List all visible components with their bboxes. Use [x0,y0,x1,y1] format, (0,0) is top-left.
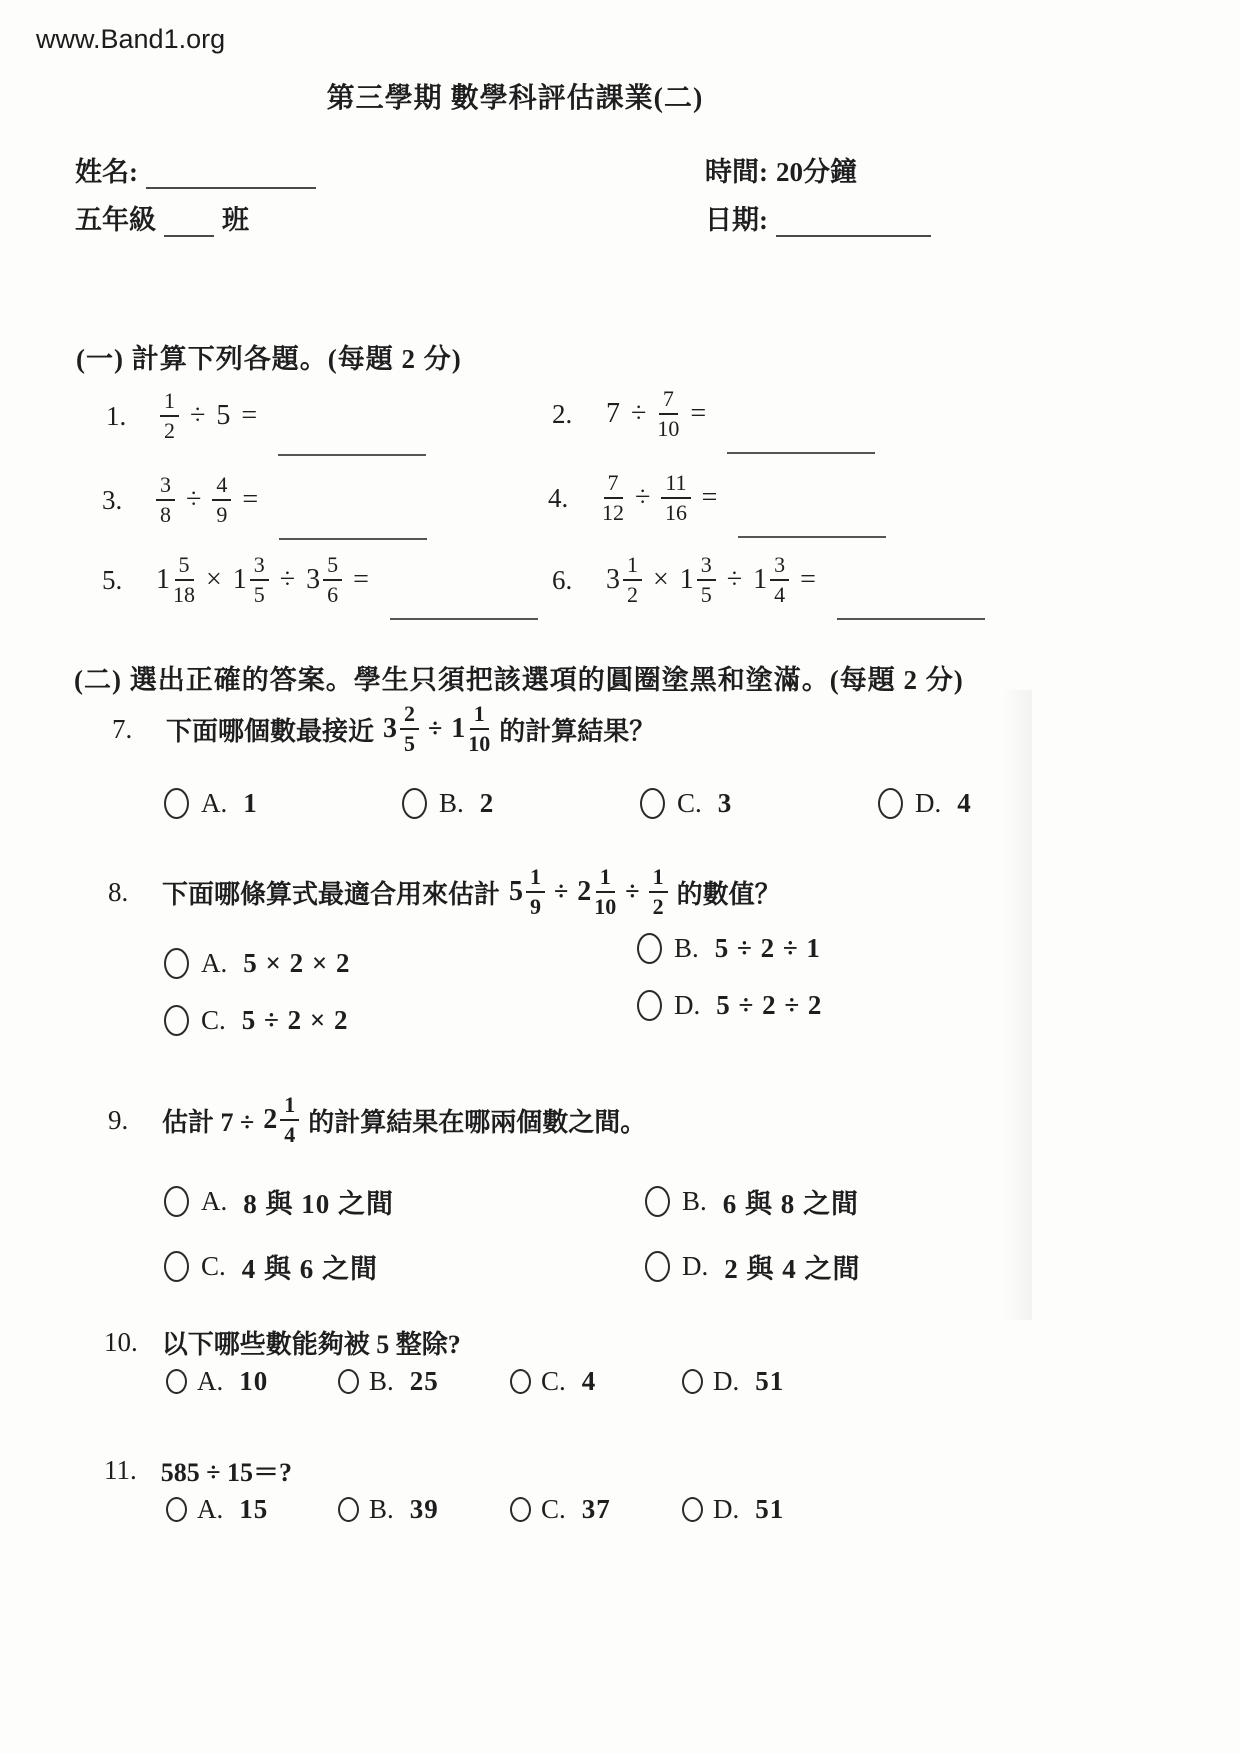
time-value: 20分鐘 [776,150,857,189]
answer-bubble-icon[interactable] [640,788,665,819]
choice-option[interactable]: C.4 [510,1366,682,1397]
math-text: × [653,564,669,596]
answer-blank[interactable] [278,430,426,456]
page-title: 第三學期 數學科評估課業(二) [0,76,1030,116]
math-expression: 1518×135÷356= [156,554,538,606]
question-number: 2. [552,399,582,430]
option-letter: B. [682,1186,707,1217]
choice-option[interactable]: A.15 [166,1494,338,1525]
whole-number: 2 [577,876,591,908]
denominator: 5 [404,730,415,755]
option-value: 37 [582,1494,611,1525]
question-9: 9. 估計 7 ÷214的計算結果在哪兩個數之間。 [108,1094,646,1146]
question-8-options: A.5 × 2 × 2B.5 ÷ 2 ÷ 1C.5 ÷ 2 × 2D.5 ÷ 2… [164,948,822,1036]
option-value: 5 ÷ 2 ÷ 1 [715,933,821,964]
fraction-stack: 110 [468,703,490,755]
math-text: = [242,484,258,516]
choice-option[interactable]: A.1 [164,788,402,819]
answer-blank[interactable] [390,594,538,620]
question-stem: 585 ÷ 15＝? [161,1452,292,1489]
option-value: 2 與 4 之間 [724,1247,860,1286]
option-letter: A. [197,1366,223,1397]
fraction-stack: 110 [594,866,616,918]
question-7-options: A.1B.2C.3D.4 [164,788,1116,819]
question-1: 1. 12÷5= [106,390,426,442]
option-letter: C. [541,1494,566,1525]
option-value: 5 ÷ 2 × 2 [242,1005,349,1036]
grade-label: 五年級 [75,198,156,237]
answer-blank[interactable] [738,512,886,538]
question-6: 6. 312×135÷134= [552,554,985,606]
question-5: 5. 1518×135÷356= [102,554,538,606]
question-3: 3. 38÷49= [102,474,427,526]
option-letter: B. [369,1494,394,1525]
fraction: 1518 [156,554,195,606]
math-text: 5 [216,400,230,432]
answer-blank[interactable] [279,514,427,540]
option-value: 25 [410,1366,439,1397]
denominator: 2 [627,581,638,606]
fraction-stack: 19 [526,866,545,918]
option-letter: D. [682,1251,708,1282]
denominator: 12 [602,499,624,524]
denominator: 5 [701,581,712,606]
math-text: × [206,564,222,596]
fraction-stack: 12 [160,390,179,442]
watermark: www.Band1.org [36,24,225,55]
fraction: 1116 [661,472,690,524]
answer-bubble-icon[interactable] [510,1497,531,1522]
option-value: 5 × 2 × 2 [243,948,350,979]
option-value: 2 [480,788,495,819]
fraction-stack: 12 [649,866,668,918]
choice-option[interactable]: C.5 ÷ 2 × 2 [164,1005,637,1036]
time-row: 時間: 20分鐘 [705,150,857,189]
math-text: 下面哪個數最接近 [166,711,374,748]
choice-option[interactable]: D.2 與 4 之間 [645,1247,861,1286]
option-letter: D. [915,788,941,819]
question-9-options: A.8 與 10 之間B.6 與 8 之間C.4 與 6 之間D.2 與 4 之… [164,1182,861,1286]
choice-option[interactable]: C.3 [640,788,878,819]
denominator: 18 [173,581,195,606]
denominator: 2 [653,893,664,918]
fraction: 135 [233,554,269,606]
option-value: 10 [239,1366,268,1397]
question-10: 10. 以下哪些數能夠被 5 整除? [104,1324,461,1361]
question-stem: 估計 7 ÷214的計算結果在哪兩個數之間。 [162,1094,646,1146]
numerator: 1 [623,554,642,581]
question-stem: 以下哪些數能夠被 5 整除? [162,1324,461,1361]
numerator: 1 [596,866,615,893]
math-text: ÷ [631,398,646,430]
math-expression: 38÷49= [156,474,427,526]
option-value: 3 [718,788,733,819]
numerator: 2 [400,703,419,730]
section1-heading: (一) 計算下列各題。(每題 2 分) [76,337,462,376]
whole-number: 1 [451,713,465,745]
denominator: 9 [216,501,227,526]
question-number: 9. [108,1105,138,1136]
choice-option[interactable]: A.10 [166,1366,338,1397]
whole-number: 1 [753,564,767,596]
option-value: 4 [957,788,972,819]
answer-bubble-icon[interactable] [164,1005,189,1036]
question-11: 11. 585 ÷ 15＝? [104,1452,292,1489]
fraction-stack: 35 [697,554,716,606]
whole-number: 1 [233,564,247,596]
option-value: 39 [410,1494,439,1525]
option-letter: A. [201,1186,227,1217]
option-letter: B. [439,788,464,819]
question-number: 4. [548,483,578,514]
numerator: 1 [649,866,668,893]
option-letter: D. [713,1366,739,1397]
whole-number: 1 [680,564,694,596]
whole-number: 2 [263,1104,277,1136]
option-value: 6 與 8 之間 [723,1182,859,1221]
option-letter: C. [677,788,702,819]
numerator: 3 [770,554,789,581]
question-7: 7. 下面哪個數最接近325÷1110的計算結果？ [112,703,655,755]
denominator: 10 [594,893,616,918]
fraction: 710 [657,388,679,440]
option-letter: C. [201,1005,226,1036]
answer-bubble-icon[interactable] [682,1497,703,1522]
numerator: 3 [250,554,269,581]
question-number: 3. [102,485,132,516]
option-value: 51 [755,1366,784,1397]
numerator: 1 [160,390,179,417]
fraction-stack: 712 [602,472,624,524]
denominator: 4 [774,581,785,606]
fraction-stack: 49 [212,474,231,526]
numerator: 11 [661,472,690,499]
answer-bubble-icon[interactable] [510,1369,531,1394]
math-text: 7 [606,398,620,430]
option-letter: D. [674,990,700,1021]
question-stem: 下面哪個數最接近325÷1110的計算結果？ [166,703,655,755]
numerator: 7 [659,388,678,415]
name-label: 姓名: [75,150,138,189]
fraction-stack: 38 [156,474,175,526]
denominator: 8 [160,501,171,526]
answer-bubble-icon[interactable] [682,1369,703,1394]
option-letter: D. [713,1494,739,1525]
date-blank[interactable] [776,207,931,237]
question-number: 11. [104,1455,137,1486]
whole-number: 3 [383,713,397,745]
answer-blank[interactable] [727,428,875,454]
fraction-stack: 518 [173,554,195,606]
fraction: 135 [680,554,716,606]
fraction: 325 [383,703,419,755]
question-number: 1. [106,401,136,432]
fraction: 712 [602,472,624,524]
denominator: 16 [665,499,687,524]
fraction-stack: 34 [770,554,789,606]
fraction: 519 [509,866,545,918]
fraction-stack: 14 [280,1094,299,1146]
denominator: 6 [327,581,338,606]
option-letter: A. [197,1494,223,1525]
answer-bubble-icon[interactable] [878,788,903,819]
class-label: 班 [222,198,249,237]
math-text: = [241,400,257,432]
option-value: 1 [243,788,258,819]
denominator: 9 [530,893,541,918]
answer-bubble-icon[interactable] [645,1251,670,1282]
choice-option[interactable]: C.37 [510,1494,682,1525]
numerator: 4 [212,474,231,501]
fraction-stack: 35 [250,554,269,606]
math-text: = [702,482,718,514]
fraction: 2110 [577,866,616,918]
math-expression: 712÷1116= [602,472,886,524]
question-number: 10. [104,1327,138,1358]
answer-bubble-icon[interactable] [164,948,189,979]
answer-blank[interactable] [837,594,985,620]
choice-option[interactable]: D.51 [682,1494,854,1525]
question-10-options: A.10B.25C.4D.51 [166,1366,854,1397]
numerator: 5 [175,554,194,581]
choice-option[interactable]: B.39 [338,1494,510,1525]
math-text: ÷ [727,564,742,596]
math-text: 的計算結果？ [499,711,655,748]
answer-bubble-icon[interactable] [164,1251,189,1282]
fraction-stack: 56 [323,554,342,606]
math-text: ÷ [428,714,442,744]
denominator: 10 [468,730,490,755]
math-expression: 312×135÷134= [606,554,985,606]
math-text: 的數值？ [677,874,781,911]
option-value: 4 [582,1366,597,1397]
question-number: 6. [552,565,582,596]
date-row: 日期: [705,198,931,237]
option-letter: A. [201,948,227,979]
math-text: = [800,564,816,596]
fraction: 312 [606,554,642,606]
math-text: ÷ [190,400,205,432]
question-stem: 下面哪條算式最適合用來估計519÷2110÷12的數值？ [162,866,781,918]
math-text: = [353,564,369,596]
math-text: = [690,398,706,430]
choice-option[interactable]: C.4 與 6 之間 [164,1247,645,1286]
fraction: 12 [649,866,668,918]
fraction-stack: 12 [623,554,642,606]
choice-option[interactable]: A.8 與 10 之間 [164,1182,645,1221]
question-11-options: A.15B.39C.37D.51 [166,1494,854,1525]
fraction: 38 [156,474,175,526]
question-4: 4. 712÷1116= [548,472,886,524]
answer-bubble-icon[interactable] [637,933,662,964]
numerator: 1 [470,703,489,730]
date-label: 日期: [705,198,768,237]
denominator: 2 [164,417,175,442]
choice-option[interactable]: D.51 [682,1366,854,1397]
question-2: 2. 7÷710= [552,388,875,440]
fraction: 134 [753,554,789,606]
numerator: 5 [323,554,342,581]
numerator: 3 [156,474,175,501]
option-value: 15 [239,1494,268,1525]
option-letter: B. [369,1366,394,1397]
option-letter: B. [674,933,699,964]
numerator: 7 [604,472,623,499]
whole-number: 5 [509,876,523,908]
answer-bubble-icon[interactable] [166,1497,187,1522]
section2-heading: (二) 選出正確的答案。學生只須把該選項的圓圈塗黑和塗滿。(每題 2 分) [74,658,964,697]
math-text: 估計 7 ÷ [162,1102,254,1139]
scan-artifact [1002,690,1032,1320]
denominator: 4 [284,1121,295,1146]
question-number: 8. [108,877,138,908]
fraction: 49 [212,474,231,526]
fraction: 356 [306,554,342,606]
math-text: 下面哪條算式最適合用來估計 [162,874,500,911]
choice-option[interactable]: B.6 與 8 之間 [645,1182,861,1221]
answer-bubble-icon[interactable] [338,1369,359,1394]
class-blank[interactable] [164,207,214,237]
whole-number: 1 [156,564,170,596]
numerator: 1 [280,1094,299,1121]
option-value: 5 ÷ 2 ÷ 2 [716,990,822,1021]
answer-bubble-icon[interactable] [164,1186,189,1217]
question-number: 7. [112,714,142,745]
math-expression: 7÷710= [606,388,875,440]
whole-number: 3 [606,564,620,596]
math-text: ÷ [625,877,639,907]
fraction: 1110 [451,703,490,755]
question-8: 8. 下面哪條算式最適合用來估計519÷2110÷12的數值？ [108,866,781,918]
answer-bubble-icon[interactable] [166,1369,187,1394]
question-number: 5. [102,565,132,596]
denominator: 10 [657,415,679,440]
answer-bubble-icon[interactable] [402,788,427,819]
name-row: 姓名: [75,150,316,189]
option-letter: C. [541,1366,566,1397]
math-text: 的計算結果在哪兩個數之間。 [308,1102,646,1139]
math-expression: 12÷5= [160,390,426,442]
fraction-stack: 25 [400,703,419,755]
choice-option[interactable]: D.4 [878,788,1116,819]
choice-option[interactable]: D.5 ÷ 2 ÷ 2 [637,990,822,1021]
choice-option[interactable]: A.5 × 2 × 2 [164,948,637,979]
math-text: ÷ [280,564,295,596]
option-value: 51 [755,1494,784,1525]
denominator: 5 [254,581,265,606]
worksheet-page: www.Band1.org 第三學期 數學科評估課業(二) 姓名: 五年級班 時… [0,0,1240,1754]
option-letter: A. [201,788,227,819]
numerator: 1 [526,866,545,893]
option-value: 4 與 6 之間 [242,1247,378,1286]
option-value: 8 與 10 之間 [243,1182,394,1221]
fraction-stack: 710 [657,388,679,440]
option-letter: C. [201,1251,226,1282]
whole-number: 3 [306,564,320,596]
fraction: 214 [263,1094,299,1146]
fraction: 12 [160,390,179,442]
name-blank[interactable] [146,159,316,189]
math-text: ÷ [635,482,650,514]
math-text: ÷ [186,484,201,516]
answer-bubble-icon[interactable] [645,1186,670,1217]
time-label: 時間: [705,150,768,189]
answer-bubble-icon[interactable] [338,1497,359,1522]
choice-option[interactable]: B.25 [338,1366,510,1397]
choice-option[interactable]: B.2 [402,788,640,819]
fraction-stack: 1116 [661,472,690,524]
answer-bubble-icon[interactable] [164,788,189,819]
choice-option[interactable]: B.5 ÷ 2 ÷ 1 [637,933,822,964]
math-text: ÷ [554,877,568,907]
numerator: 3 [697,554,716,581]
answer-bubble-icon[interactable] [637,990,662,1021]
class-row: 五年級班 [75,198,249,237]
